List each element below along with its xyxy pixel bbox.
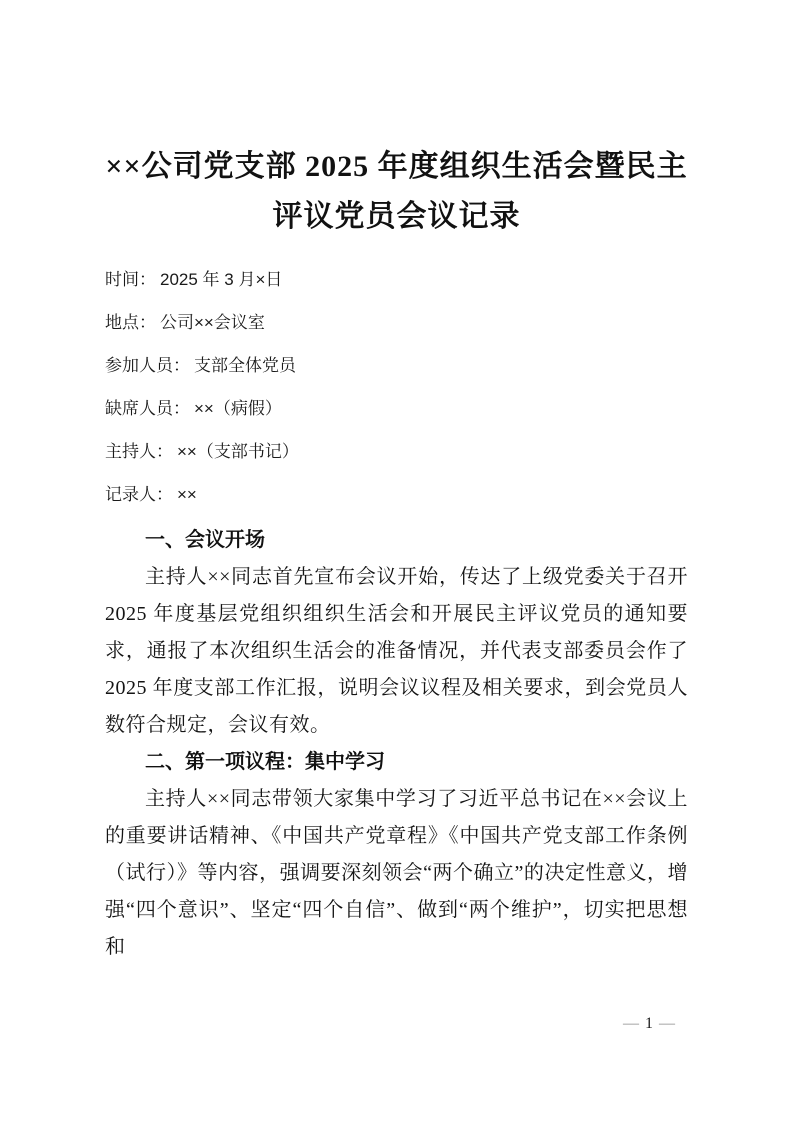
meta-value-time: 2025 年 3 月×日 bbox=[160, 270, 282, 289]
footer-dash-right: — bbox=[653, 1015, 681, 1032]
meta-label-time: 时间： bbox=[105, 270, 156, 289]
document-title: ××公司党支部 2025 年度组织生活会暨民主 评议党员会议记录 bbox=[105, 142, 688, 242]
page-footer: —1— bbox=[617, 1014, 681, 1034]
meta-label-location: 地点： bbox=[105, 313, 156, 332]
meta-line-attendees: 参加人员：支部全体党员 bbox=[105, 344, 688, 387]
document-page: ××公司党支部 2025 年度组织生活会暨民主 评议党员会议记录 时间：2025… bbox=[0, 0, 793, 1122]
meta-value-location: 公司××会议室 bbox=[160, 313, 265, 332]
footer-dash-left: — bbox=[617, 1015, 645, 1032]
section-2-heading: 二、第一项议程：集中学习 bbox=[105, 744, 688, 781]
title-line-2: 评议党员会议记录 bbox=[105, 192, 688, 242]
meta-line-time: 时间：2025 年 3 月×日 bbox=[105, 258, 688, 301]
meta-label-host: 主持人： bbox=[105, 442, 173, 461]
section-2-paragraph: 主持人××同志带领大家集中学习了习近平总书记在××会议上的重要讲话精神、《中国共… bbox=[105, 781, 688, 966]
title-line-1: ××公司党支部 2025 年度组织生活会暨民主 bbox=[105, 142, 688, 192]
meta-line-absentees: 缺席人员：××（病假） bbox=[105, 387, 688, 430]
meta-value-recorder: ×× bbox=[177, 485, 197, 504]
meta-line-location: 地点：公司××会议室 bbox=[105, 301, 688, 344]
meta-label-absentees: 缺席人员： bbox=[105, 399, 190, 418]
meta-line-host: 主持人：××（支部书记） bbox=[105, 430, 688, 473]
meta-value-attendees: 支部全体党员 bbox=[194, 356, 296, 375]
section-1-paragraph: 主持人××同志首先宣布会议开始，传达了上级党委关于召开 2025 年度基层党组织… bbox=[105, 559, 688, 744]
meta-line-recorder: 记录人：×× bbox=[105, 473, 688, 516]
meta-block: 时间：2025 年 3 月×日 地点：公司××会议室 参加人员：支部全体党员 缺… bbox=[105, 258, 688, 516]
meta-label-recorder: 记录人： bbox=[105, 485, 173, 504]
meta-label-attendees: 参加人员： bbox=[105, 356, 190, 375]
section-1-heading: 一、会议开场 bbox=[105, 522, 688, 559]
meta-value-host: ××（支部书记） bbox=[177, 442, 299, 461]
page-number: 1 bbox=[645, 1015, 653, 1032]
document-body: 一、会议开场 主持人××同志首先宣布会议开始，传达了上级党委关于召开 2025 … bbox=[105, 522, 688, 966]
meta-value-absentees: ××（病假） bbox=[194, 399, 282, 418]
